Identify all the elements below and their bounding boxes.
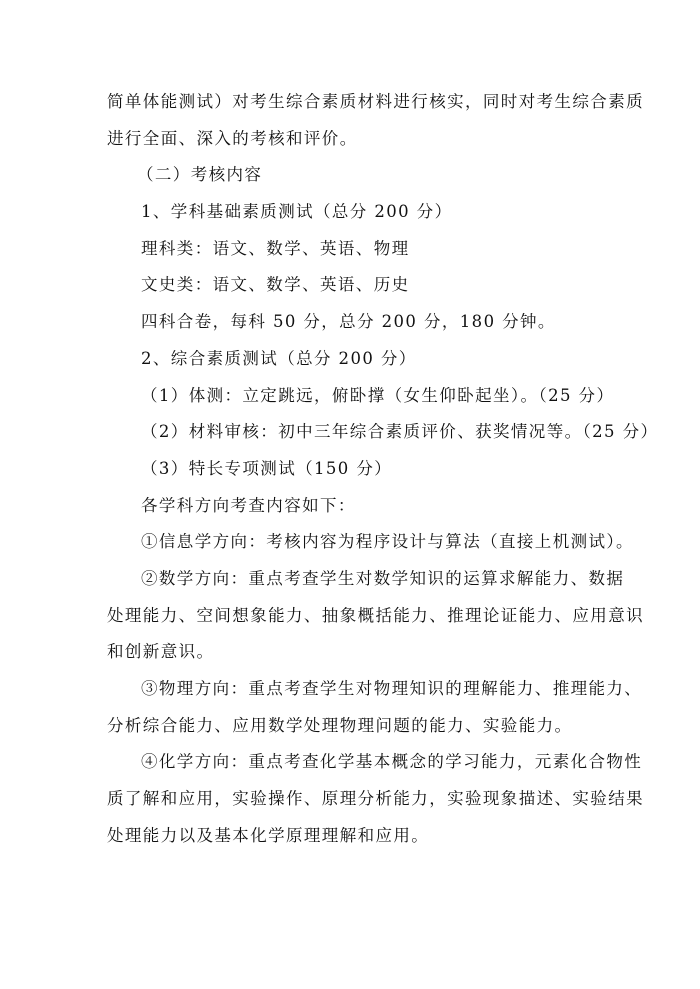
paragraph-line-assessment-method: 简单体能测试）对考生综合素质材料进行核实，同时对考生综合素质 [107, 84, 594, 121]
item-specialty-test: （3）特长专项测试（150 分） [107, 451, 597, 488]
item-material-review: （2）材料审核：初中三年综合素质评价、获奖情况等。（25 分） [107, 414, 597, 451]
direction-physics-line-1: ③物理方向：重点考查学生对物理知识的理解能力、推理能力、 [107, 671, 594, 708]
item-physical-test: （1）体测：立定跳远，俯卧撑（女生仰卧起坐）。（25 分） [107, 378, 597, 415]
direction-mathematics-line-1: ②数学方向：重点考查学生对数学知识的运算求解能力、数据 [107, 561, 594, 598]
subheading-subject-foundation-test: 1、学科基础素质测试（总分 200 分） [107, 194, 597, 231]
humanities-track-subjects: 文史类：语文、数学、英语、历史 [107, 267, 597, 304]
direction-chemistry-line-3: 处理能力以及基本化学原理理解和应用。 [107, 818, 597, 855]
subject-directions-intro: 各学科方向考查内容如下： [107, 488, 597, 525]
subheading-comprehensive-test: 2、综合素质测试（总分 200 分） [107, 341, 597, 378]
paragraph-line-assessment-method-end: 进行全面、深入的考核和评价。 [107, 121, 597, 158]
direction-chemistry-line-1: ④化学方向：重点考查化学基本概念的学习能力，元素化合物性 [107, 744, 594, 781]
direction-physics-line-2: 分析综合能力、应用数学处理物理问题的能力、实验能力。 [107, 708, 597, 745]
science-track-subjects: 理科类：语文、数学、英语、物理 [107, 231, 597, 268]
section-heading-assessment-content: （二）考核内容 [107, 157, 597, 194]
direction-mathematics-line-3: 和创新意识。 [107, 634, 597, 671]
direction-informatics: ①信息学方向：考核内容为程序设计与算法（直接上机测试）。 [107, 524, 597, 561]
exam-format-note: 四科合卷，每科 50 分，总分 200 分，180 分钟。 [107, 304, 597, 341]
document-page: 简单体能测试）对考生综合素质材料进行核实，同时对考生综合素质 进行全面、深入的考… [107, 84, 597, 854]
direction-chemistry-line-2: 质了解和应用，实验操作、原理分析能力，实验现象描述、实验结果 [107, 781, 594, 818]
direction-mathematics-line-2: 处理能力、空间想象能力、抽象概括能力、推理论证能力、应用意识 [107, 598, 594, 635]
